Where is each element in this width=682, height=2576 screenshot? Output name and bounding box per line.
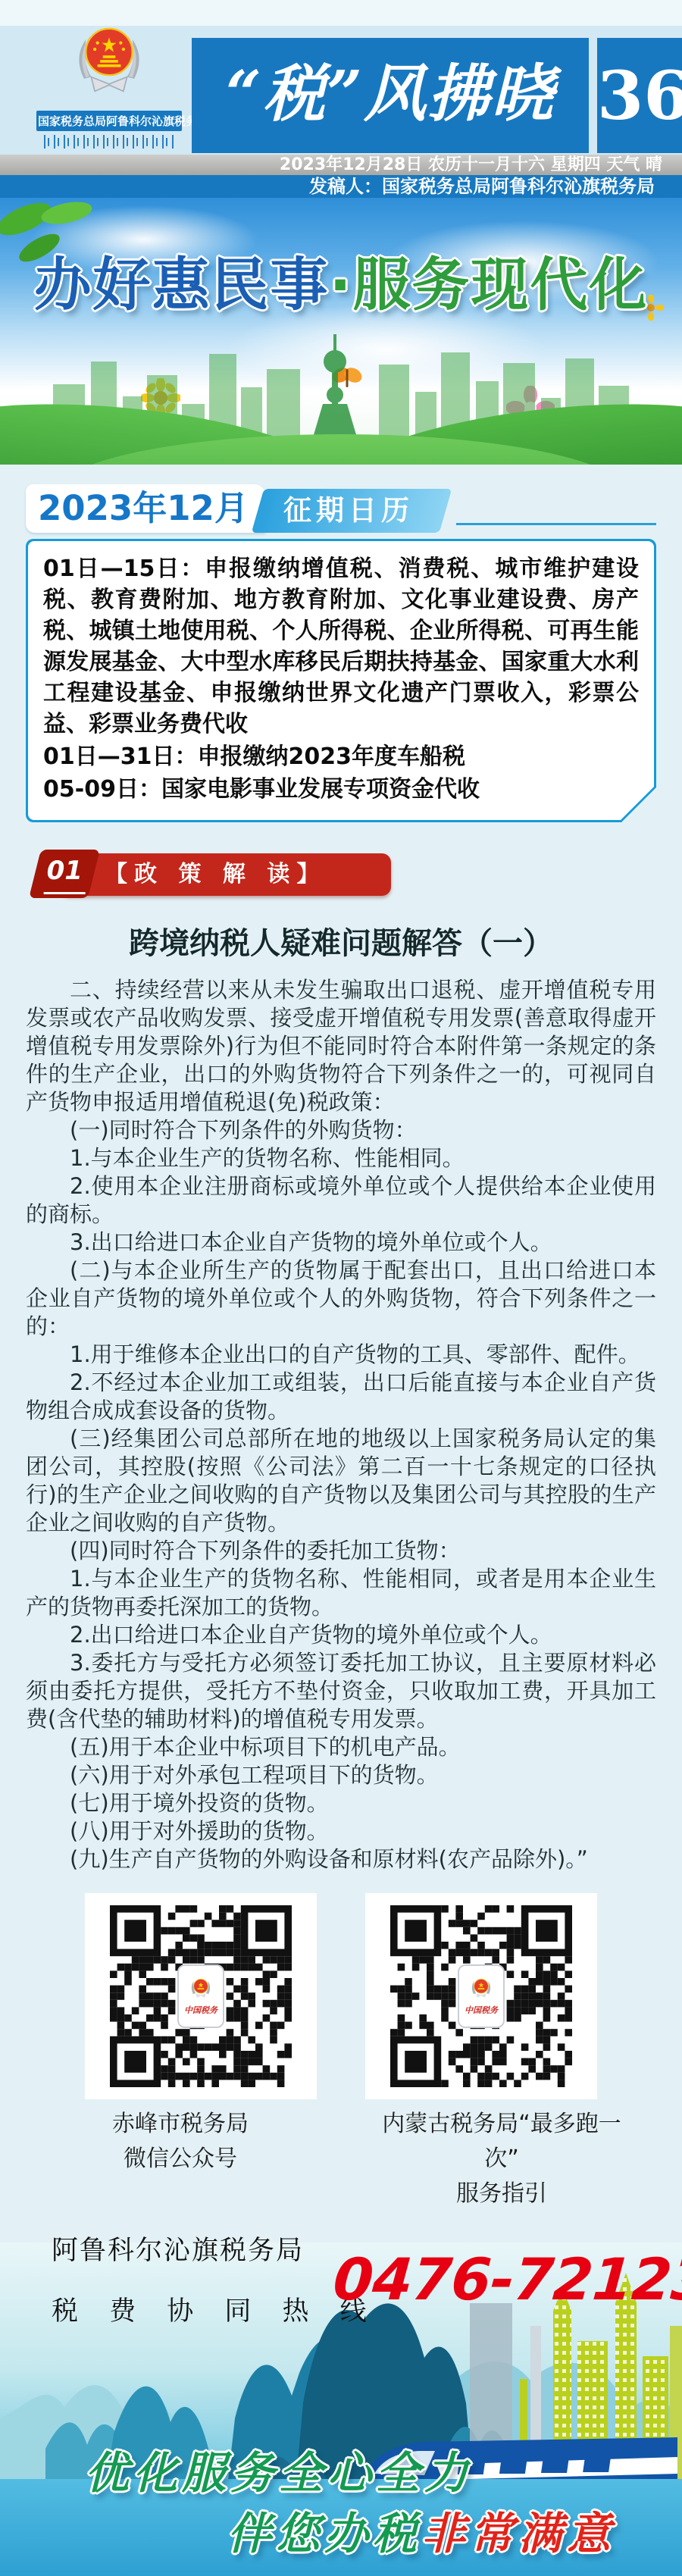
tax-emblem-mini-icon (188, 1977, 214, 2002)
article-paragraph: (四)同时符合下列条件的委托加工货物： (26, 1537, 656, 1565)
qr-badge-label: 中国税务 (465, 2004, 498, 2016)
qr-code-right: 中国税务 (365, 1893, 597, 2099)
mongolian-script (44, 135, 174, 149)
section-number-flag: 01 (29, 850, 100, 898)
article-paragraph: 二、持续经营以来从未发生骗取出口退税、虚开增值税专用发票或农产品收购发票、接受虚… (26, 976, 656, 1116)
publisher-bar: 发稿人：国家税务总局阿鲁科尔沁旗税务局 (0, 175, 682, 198)
qr-center-badge: 中国税务 (177, 1964, 224, 2028)
agency-name-bar: 国家税务总局阿鲁科尔沁旗税务局 (36, 111, 182, 131)
tax-newsletter-poster: 国家税务总局阿鲁科尔沁旗税务局 “税”风拂晓 362 2023年12月28日 农… (0, 0, 682, 2576)
issue-number: 362 (597, 38, 682, 153)
footer-slogan: 优化服务全心全力 伴您办税非常满意 (0, 2443, 682, 2564)
content-area: 2023年12月 征期日历 01日—15日：申报缴纳增值税、消费税、城市维护建设… (0, 481, 682, 2328)
article-paragraph: (六)用于对外承包工程项目下的货物。 (26, 1761, 656, 1789)
calendar-item: 01日—15日：申报缴纳增值税、消费税、城市维护建设税、教育费附加、地方教育附加… (43, 553, 639, 740)
section-label: 【政 策 解 读】 (61, 853, 391, 896)
article-paragraph: (三)经集团公司总部所在地的地级以上国家税务局认定的集团公司，其控股(按照《公司… (26, 1425, 656, 1537)
banner-title-part2: 服务现代化 (352, 251, 648, 318)
section-header: 01 【政 策 解 读】 (35, 850, 391, 898)
calendar-box: 01日—15日：申报缴纳增值税、消费税、城市维护建设税、教育费附加、地方教育附加… (26, 539, 656, 822)
article-paragraph: 2.不经过本企业加工或组装，出口后能直接与本企业自产货物组合成成套设备的货物。 (26, 1369, 656, 1425)
calendar-item: 05-09日：国家电影事业发展专项资金代收 (43, 774, 639, 805)
hotline-section: 阿鲁科尔沁旗税务局 税 费 协 同 热 线 0476-7212366 (30, 2230, 652, 2328)
hotline-label: 税 费 协 同 热 线 (52, 2290, 333, 2328)
theme-banner: 办好惠民事·服务现代化 (0, 198, 682, 465)
date-bar: 2023年12月28日 农历十一月十六 星期四 天气 晴 (0, 155, 682, 175)
article-paragraph: (八)用于对外援助的货物。 (26, 1817, 656, 1845)
qr-code-left: 中国税务 (85, 1893, 317, 2099)
hotline-labels: 阿鲁科尔沁旗税务局 税 费 协 同 热 线 (30, 2230, 333, 2328)
hotline-org: 阿鲁科尔沁旗税务局 (52, 2230, 333, 2268)
calendar-header: 2023年12月 征期日历 (26, 481, 656, 533)
tax-emblem-mini-icon (468, 1977, 494, 2002)
article-paragraph: 3.出口给进口本企业自产货物的境外单位或个人。 (26, 1229, 656, 1257)
qr-caption-right: 内蒙古税务局“最多跑一次” 服务指引 (365, 2107, 638, 2211)
calendar-ribbon: 征期日历 (252, 489, 452, 533)
banner-title: 办好惠民事·服务现代化 (0, 239, 682, 321)
calendar-month-label: 2023年12月 (26, 484, 265, 533)
slogan-line2-red: 非常满意 (421, 2508, 615, 2559)
slogan-line2-green: 伴您办税 (227, 2508, 421, 2559)
agency-logo-block: 国家税务总局阿鲁科尔沁旗税务局 (36, 20, 182, 149)
article-paragraph: 2.使用本企业注册商标或境外单位或个人提供给本企业使用的商标。 (26, 1172, 656, 1229)
article-paragraph: 1.与本企业生产的货物名称、性能相同。 (26, 1144, 656, 1172)
article-paragraph: (二)与本企业所生产的货物属于配套出口，且出口给进口本企业自产货物的境外单位或个… (26, 1257, 656, 1341)
qr-code-row: 中国税务 中国税务 (26, 1893, 656, 2099)
masthead-header: 国家税务总局阿鲁科尔沁旗税务局 “税”风拂晓 362 (0, 0, 682, 155)
article-paragraph: 1.与本企业生产的货物名称、性能相同，或者是用本企业生产的货物再委托深加工的货物… (26, 1565, 656, 1621)
article-paragraph: (一)同时符合下列条件的外购货物： (26, 1116, 656, 1144)
banner-title-part1: 办好惠民事 (34, 251, 330, 318)
slogan-line1: 优化服务全心全力 (85, 2447, 473, 2499)
article-paragraph: (五)用于本企业中标项目下的机电产品。 (26, 1733, 656, 1761)
article-paragraph: 3.委托方与受托方必须签订委托加工协议，且主要原材料必须由委托方提供，受托方不垫… (26, 1649, 656, 1733)
qr-captions: 赤峰市税务局 微信公众号 内蒙古税务局“最多跑一次” 服务指引 (26, 2107, 656, 2211)
article-body: 二、持续经营以来从未发生骗取出口退税、虚开增值税专用发票或农产品收购发票、接受虚… (26, 976, 656, 1873)
qr-center-badge: 中国税务 (458, 1964, 505, 2028)
calendar-item: 01日—31日：申报缴纳2023年度车船税 (43, 741, 639, 772)
newsletter-title: “税”风拂晓 (192, 38, 589, 153)
hotline-phone-number: 0476-7212366 (331, 2246, 682, 2313)
banner-title-separator: · (330, 251, 353, 318)
calendar-rule-line (456, 495, 656, 525)
qr-caption-left: 赤峰市税务局 微信公众号 (44, 2107, 317, 2211)
article-paragraph: 1.用于维修本企业出口的自产货物的工具、零部件、配件。 (26, 1341, 656, 1369)
article-paragraph: 2.出口给进口本企业自产货物的境外单位或个人。 (26, 1621, 656, 1649)
calendar-items: 01日—15日：申报缴纳增值税、消费税、城市维护建设税、教育费附加、地方教育附加… (28, 541, 654, 820)
article-title: 跨境纳税人疑难问题解答（一） (26, 919, 656, 962)
qr-badge-label: 中国税务 (184, 2004, 217, 2016)
article-paragraph: (九)生产自产货物的外购设备和原材料(农产品除外)。” (26, 1845, 656, 1873)
article-paragraph: (七)用于境外投资的货物。 (26, 1789, 656, 1817)
tax-emblem-icon (64, 20, 154, 109)
